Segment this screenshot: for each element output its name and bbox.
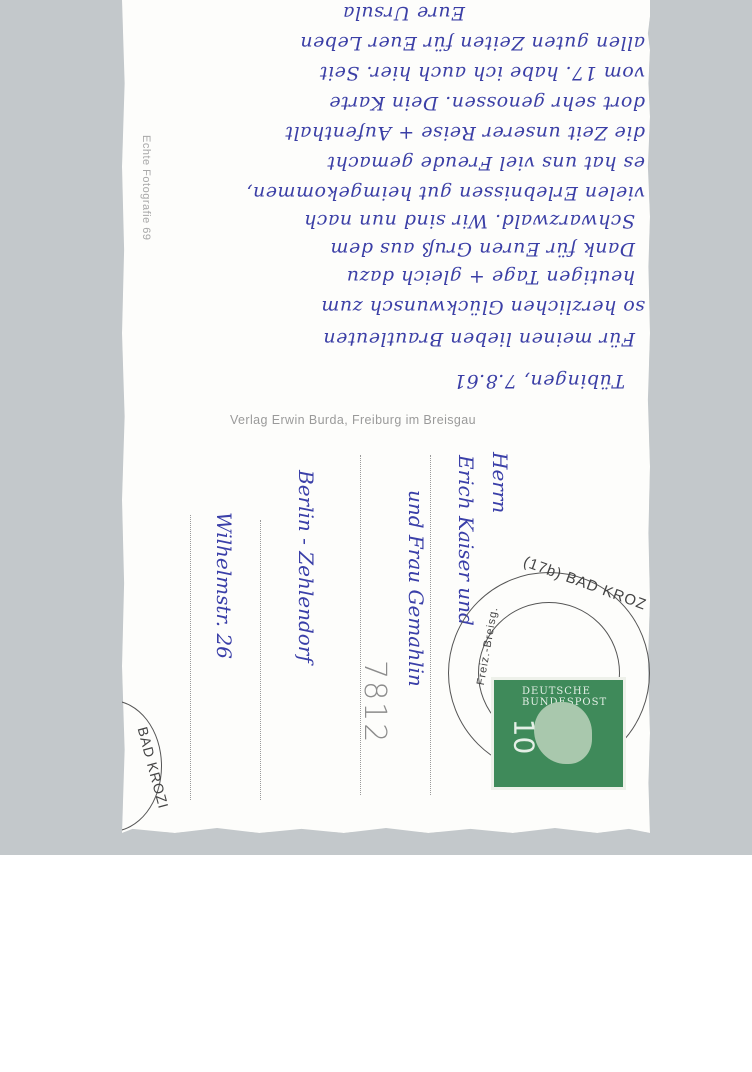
message-line: Für meinen lieben Brautleuten xyxy=(323,328,635,350)
address-line: Berlin - Zehlendorf xyxy=(294,470,318,663)
address-line: und Frau Gemahlin xyxy=(404,490,428,687)
message-line: vom 17. habe ich auch hier. Seit xyxy=(319,62,645,84)
postage-stamp: DEUTSCHE BUNDESPOST 10 xyxy=(491,677,626,790)
photo-print-mark: Echte Fotografie 69 xyxy=(140,135,152,241)
message-line: dort sehr genossen. Dein Karte xyxy=(329,92,645,114)
message-place-date: Tübingen, 7.8.61 xyxy=(453,370,625,392)
handwritten-message: Tübingen, 7.8.61 Für meinen lieben Braut… xyxy=(125,0,645,400)
address-divider xyxy=(430,455,431,795)
address-line: Wilhelmstr. 26 xyxy=(212,512,236,659)
message-line: allen guten Zeiten für Euer Leben xyxy=(300,32,645,54)
message-line: so herzlichen Glückwunsch zum xyxy=(321,296,645,318)
message-line: Schwarzwald. Wir sind nun nach xyxy=(304,210,635,232)
message-line: es hat uns viel Freude gemacht xyxy=(327,152,645,174)
message-line: heutigen Tage + gleich dazu xyxy=(346,266,635,288)
stamp-value: 10 xyxy=(507,719,540,755)
address-divider xyxy=(260,520,261,800)
address-line: Herrn xyxy=(488,452,512,513)
message-closing: Eure Ursula xyxy=(343,2,465,24)
address-line: Erich Kaiser und xyxy=(454,455,478,626)
publisher-imprint: Verlag Erwin Burda, Freiburg im Breisgau xyxy=(230,413,476,427)
pencil-note: 7812 xyxy=(357,660,392,744)
stamp-portrait-icon xyxy=(534,702,592,764)
message-line: Dank für Euren Gruß aus dem xyxy=(330,238,635,260)
address-divider xyxy=(190,515,191,800)
message-line: die Zeit unserer Reise + Aufenthalt xyxy=(285,122,645,144)
message-line: vielen Erlebnissen gut heimgekommen, xyxy=(246,182,645,204)
